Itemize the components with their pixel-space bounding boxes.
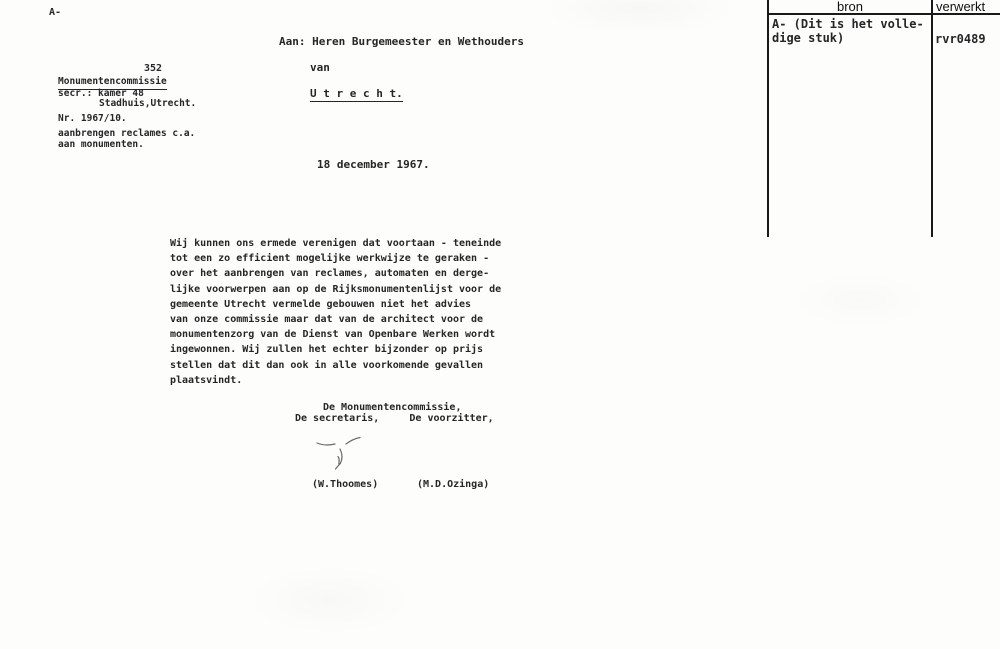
registry-table-left-border: [767, 0, 769, 237]
recipient-van: van: [310, 62, 330, 74]
registry-table-column-divider: [931, 0, 933, 237]
sender-address: Stadhuis,Utrecht.: [99, 99, 196, 110]
letter-body: Wij kunnen ons ermede verenigen dat voor…: [170, 236, 501, 388]
recipient-city: U t r e c h t.: [310, 88, 403, 102]
recipient-line: Aan: Heren Burgemeester en Wethouders: [279, 36, 524, 48]
registry-bron-value: A- (Dit is het volle- dige stuk): [772, 17, 924, 45]
registry-header-bron: bron: [769, 0, 931, 13]
signature-scribble-icon: [313, 432, 365, 474]
signatory-secretary: (W.Thoomes): [312, 479, 378, 490]
registry-verwerkt-value: rvr0489: [935, 32, 986, 46]
doc-number: 352: [144, 63, 162, 74]
subject-line-1: aanbrengen reclames c.a.: [58, 129, 195, 140]
signatory-chairman: (M.D.Ozinga): [417, 479, 489, 490]
reference-number: Nr. 1967/10.: [58, 114, 127, 125]
letter-date: 18 december 1967.: [317, 159, 430, 171]
registry-header-verwerkt: verwerkt: [936, 0, 985, 13]
signature-org: De Monumentencommissie,: [323, 402, 461, 413]
archive-stamp-label: A-: [49, 7, 61, 18]
scanned-letter-page: A- Aan: Heren Burgemeester en Wethouders…: [0, 0, 1000, 649]
signature-roles: De secretaris, De voorzitter,: [295, 413, 494, 424]
subject-line-2: aan monumenten.: [58, 140, 144, 151]
